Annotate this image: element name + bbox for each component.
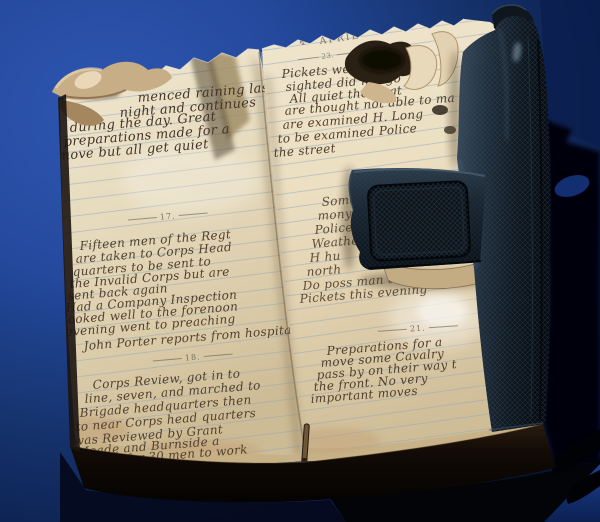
char-spot — [432, 105, 448, 115]
date-label: 18. — [185, 352, 201, 362]
photo-canvas: ✠ APRIL 10. menced raining last night an… — [0, 0, 600, 522]
tear-hole-core — [360, 48, 404, 72]
cast-shadow-right — [544, 120, 600, 470]
leather-cover-flap — [349, 168, 486, 270]
date-label: 17. — [160, 211, 176, 221]
flap-quilted-panel — [368, 181, 470, 260]
date-label: 23. — [321, 51, 335, 60]
diary-photograph: ✠ APRIL 10. menced raining last night an… — [0, 0, 600, 522]
date-label: 21. — [410, 323, 426, 333]
